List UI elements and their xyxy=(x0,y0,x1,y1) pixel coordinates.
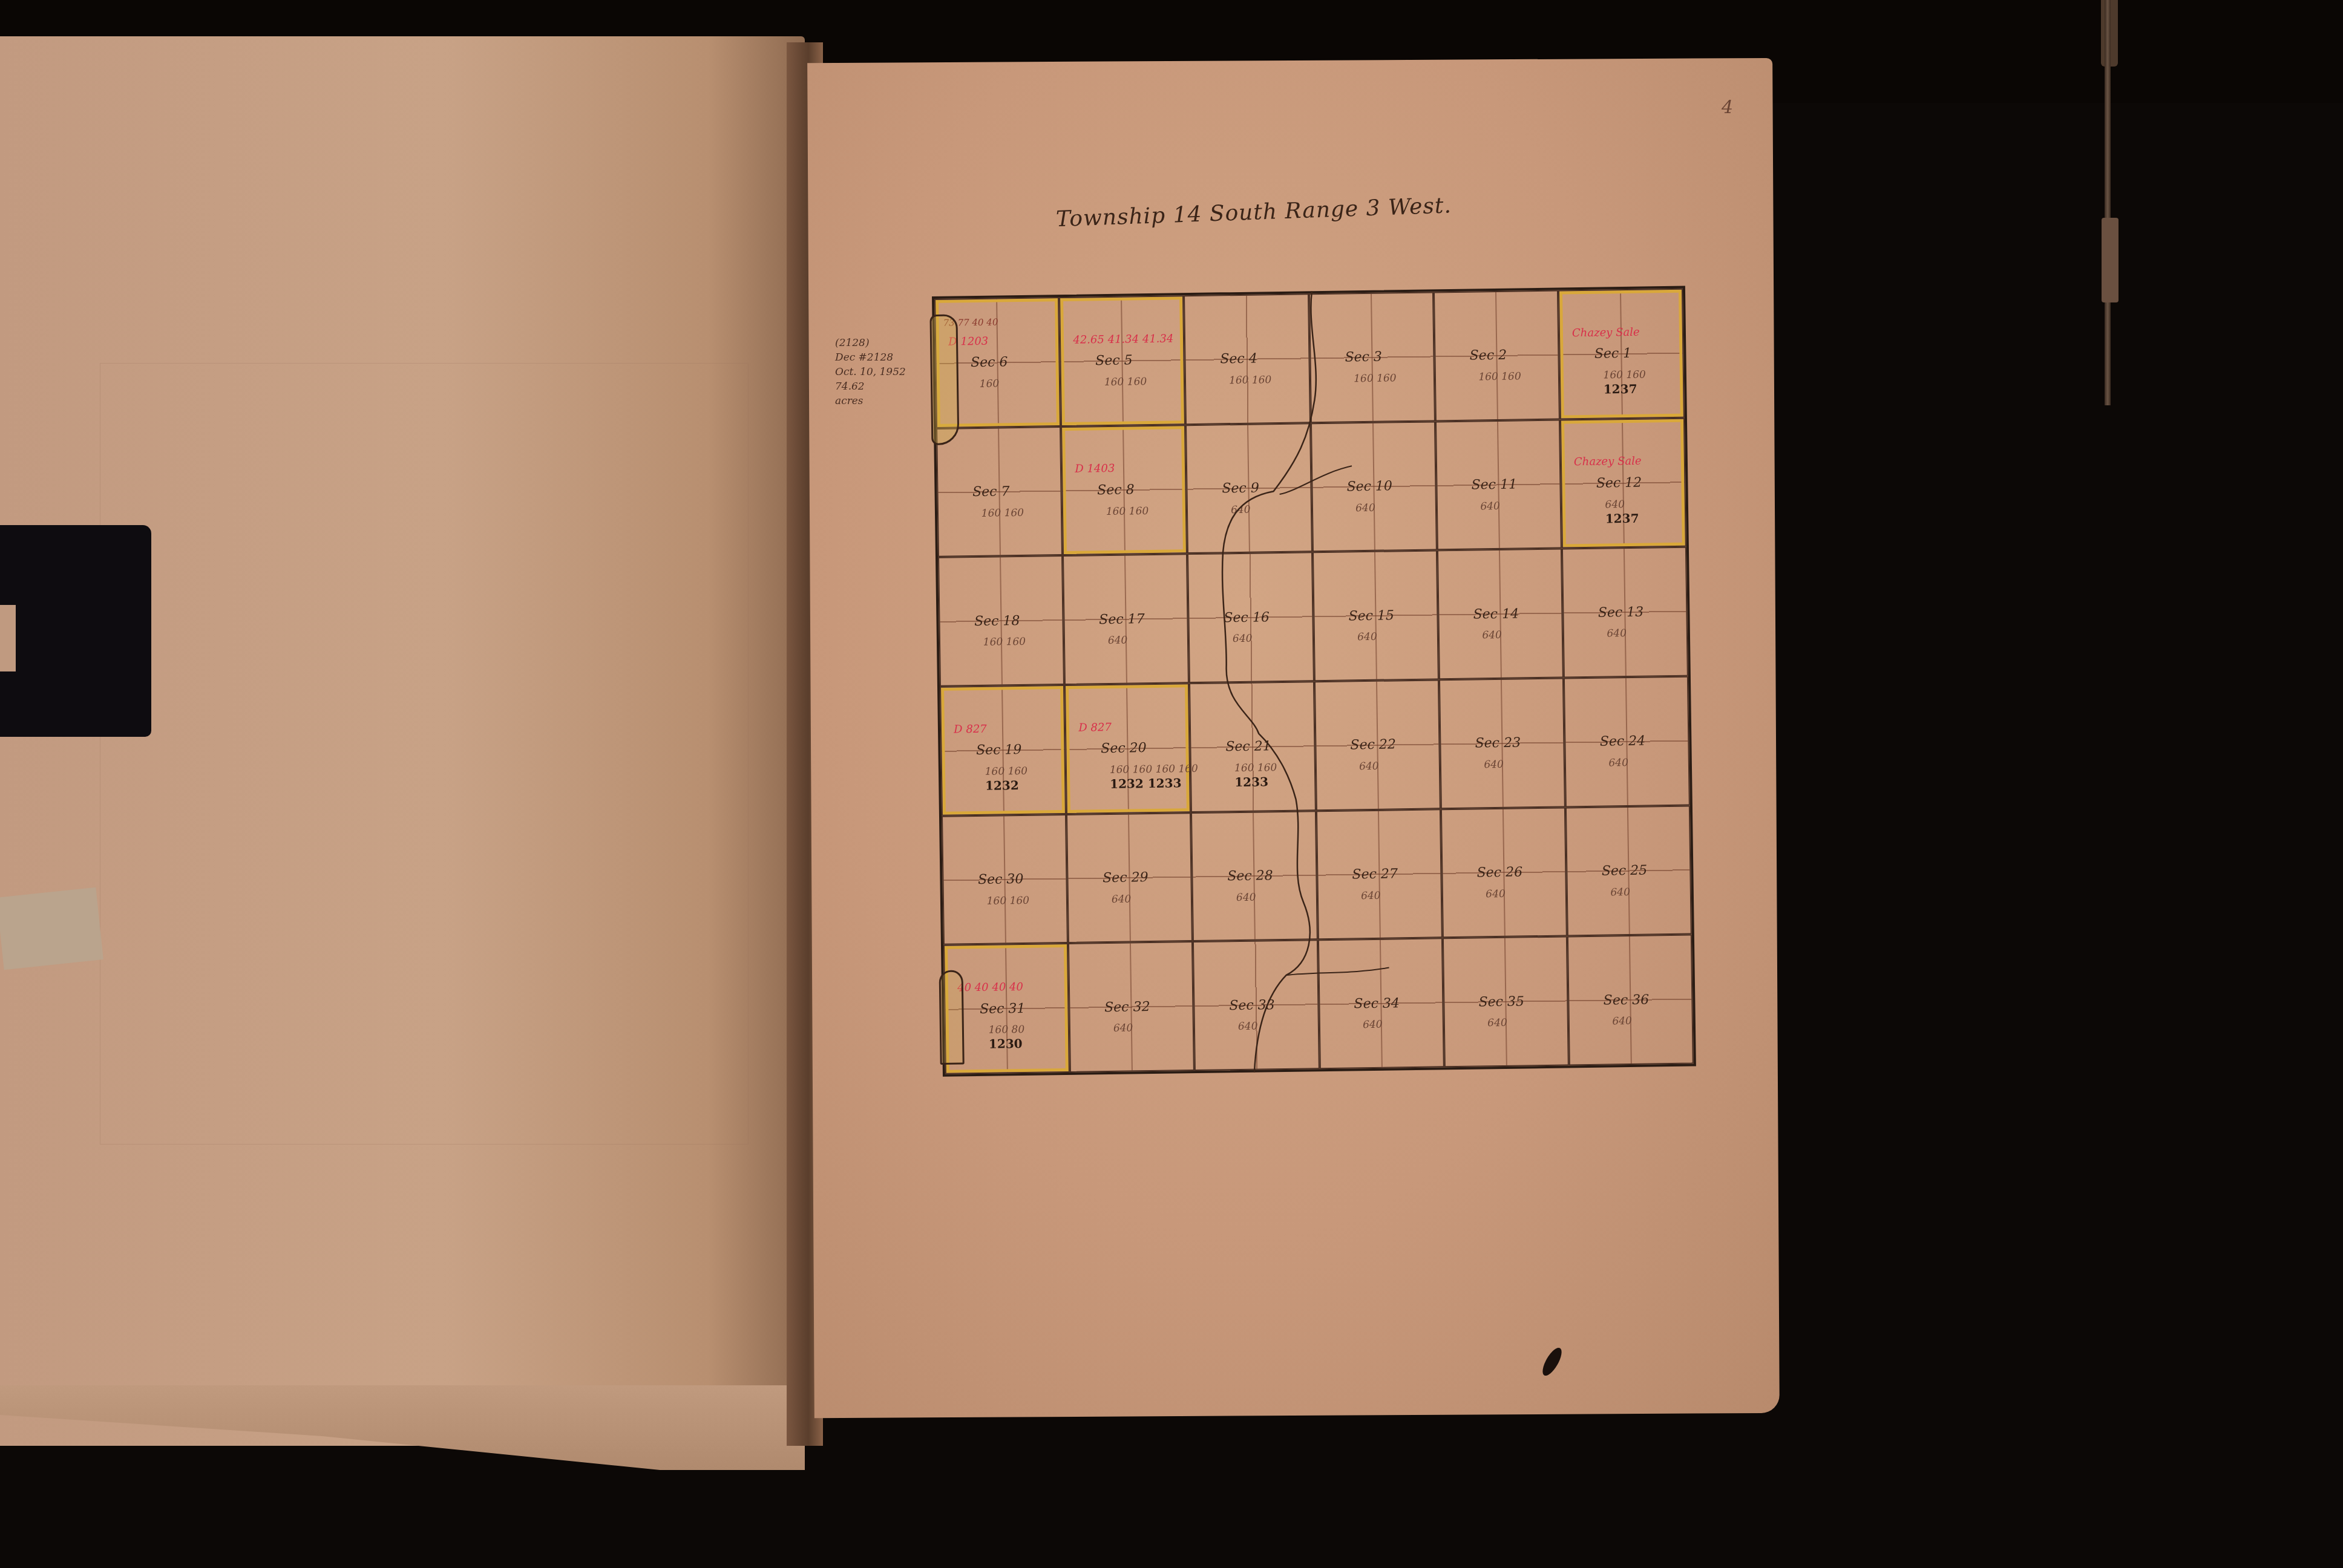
section-label: Sec 16 xyxy=(1224,610,1270,626)
spatula-blade-icon xyxy=(2102,218,2119,302)
section-acres: 640 xyxy=(1608,757,1628,769)
section-acres: 640 xyxy=(1482,629,1502,641)
section-35: Sec 35640 xyxy=(1443,936,1569,1068)
section-red-annotation: 40 40 40 40 xyxy=(957,981,1023,995)
section-14: Sec 14640 xyxy=(1437,549,1564,680)
tape-strip xyxy=(0,887,103,970)
section-30: Sec 30160 160 xyxy=(942,814,1068,946)
section-acres: 640 xyxy=(1605,498,1625,511)
margin-note-line: Dec #2128 xyxy=(835,350,926,365)
section-22: Sec 22640 xyxy=(1314,679,1440,811)
section-3: Sec 3160 160 xyxy=(1308,292,1435,423)
section-acres: 160 160 xyxy=(1354,372,1397,385)
section-red-annotation: Chazey Sale xyxy=(1574,455,1642,469)
section-label: Sec 35 xyxy=(1478,994,1524,1010)
section-acres: 640 xyxy=(1231,503,1251,515)
section-serial-number: 1237 xyxy=(1604,382,1637,397)
spatula-handle-icon xyxy=(2105,0,2111,405)
section-acres: 640 xyxy=(1236,891,1256,903)
margin-note: (2128) Dec #2128 Oct. 10, 1952 74.62 acr… xyxy=(835,336,926,408)
section-label: Sec 24 xyxy=(1600,734,1646,750)
section-32: Sec 32640 xyxy=(1068,941,1194,1073)
section-19: Sec 19160 160D 8271232 xyxy=(940,685,1066,816)
section-label: Sec 7 xyxy=(972,484,1010,500)
section-label: Sec 32 xyxy=(1104,999,1150,1015)
section-10: Sec 10640 xyxy=(1310,421,1437,552)
section-25: Sec 25640 xyxy=(1565,805,1692,936)
section-7: Sec 7160 160 xyxy=(936,426,1063,558)
section-15: Sec 15640 xyxy=(1312,550,1438,682)
section-18: Sec 18160 160 xyxy=(938,555,1064,687)
section-red-annotation: D 827 xyxy=(954,723,987,736)
section-24: Sec 24640 xyxy=(1564,676,1690,808)
section-label: Sec 22 xyxy=(1350,737,1396,753)
section-acres: 640 xyxy=(1357,631,1377,643)
book-weight-block xyxy=(0,525,151,737)
section-label: Sec 33 xyxy=(1229,998,1275,1013)
section-acres: 640 xyxy=(1484,759,1504,771)
section-acres: 640 xyxy=(1612,1015,1632,1027)
margin-note-line: (2128) xyxy=(835,336,926,350)
section-red-annotation: D 1403 xyxy=(1075,462,1115,475)
section-acres: 640 xyxy=(1359,760,1379,773)
section-acres: 640 xyxy=(1480,500,1500,512)
section-16: Sec 16640 xyxy=(1187,552,1314,684)
book-weight-notch xyxy=(0,605,16,671)
section-acres: 160 80 xyxy=(989,1024,1025,1036)
section-acres: 640 xyxy=(1486,888,1506,900)
section-17: Sec 17640 xyxy=(1063,554,1189,685)
section-8: Sec 8160 160D 1403 xyxy=(1061,425,1187,556)
section-34: Sec 34640 xyxy=(1317,938,1444,1070)
section-serial-number: 1230 xyxy=(989,1036,1023,1051)
section-label: Sec 15 xyxy=(1348,608,1394,624)
section-13: Sec 13640 xyxy=(1562,547,1688,678)
margin-note-line: 74.62 xyxy=(835,379,926,394)
section-20: Sec 20160 160 160 160D 8271232 1233 xyxy=(1064,683,1191,814)
section-serial-number: 1233 xyxy=(1234,774,1268,789)
section-acres: 640 xyxy=(1610,886,1630,898)
section-label: Sec 1 xyxy=(1594,346,1632,362)
section-acres: 160 160 xyxy=(1229,374,1272,387)
section-acres: 160 160 xyxy=(1234,762,1277,774)
section-acres: 160 160 160 160 xyxy=(1110,763,1198,776)
section-acres: 160 160 xyxy=(1478,370,1521,383)
section-label: Sec 21 xyxy=(1225,739,1271,754)
margin-note-line: Oct. 10, 1952 xyxy=(835,365,926,379)
section-label: Sec 31 xyxy=(980,1001,1026,1017)
section-label: Sec 30 xyxy=(978,872,1024,887)
section-label: Sec 26 xyxy=(1476,864,1522,880)
section-5: Sec 5160 16042.65 41.34 41.34 xyxy=(1059,295,1185,426)
section-23: Sec 23640 xyxy=(1439,678,1565,809)
section-serial-number: 1237 xyxy=(1605,511,1639,526)
section-acres: 640 xyxy=(1363,1019,1383,1031)
section-28: Sec 28640 xyxy=(1191,811,1317,942)
section-label: Sec 10 xyxy=(1346,479,1392,494)
township-map: Sec 6160D 120373.77 40 40Sec 5160 16042.… xyxy=(932,286,1696,1077)
section-label: Sec 5 xyxy=(1095,353,1133,369)
section-acres: 640 xyxy=(1108,635,1128,647)
section-9: Sec 9640 xyxy=(1185,423,1312,554)
section-acres: 160 160 xyxy=(1603,369,1646,382)
section-label: Sec 36 xyxy=(1604,992,1650,1008)
section-serial-number: 1232 xyxy=(985,778,1019,793)
lake-shape-north xyxy=(929,314,959,445)
section-acres: 160 xyxy=(980,377,1000,390)
section-4: Sec 4160 160 xyxy=(1184,293,1310,425)
section-label: Sec 34 xyxy=(1354,996,1400,1011)
section-label: Sec 25 xyxy=(1602,863,1648,878)
section-acres: 160 160 xyxy=(1106,505,1149,518)
section-acres: 640 xyxy=(1238,1021,1258,1033)
section-label: Sec 12 xyxy=(1596,475,1642,491)
section-acres: 160 160 xyxy=(1104,376,1147,388)
section-11: Sec 11640 xyxy=(1435,419,1562,550)
section-label: Sec 2 xyxy=(1470,348,1507,364)
section-label: Sec 29 xyxy=(1103,870,1149,886)
left-page-faint-frame xyxy=(100,363,749,1145)
section-label: Sec 13 xyxy=(1598,604,1644,620)
section-label: Sec 19 xyxy=(976,742,1022,758)
section-red-annotation: Chazey Sale xyxy=(1572,325,1640,339)
section-acres: 160 160 xyxy=(987,894,1030,907)
section-red-annotation: 42.65 41.34 41.34 xyxy=(1073,332,1173,346)
section-26: Sec 26640 xyxy=(1441,807,1567,938)
section-36: Sec 36640 xyxy=(1567,935,1694,1066)
section-label: Sec 11 xyxy=(1472,477,1518,492)
section-acres: 640 xyxy=(1233,633,1253,645)
section-grid: Sec 6160D 120373.77 40 40Sec 5160 16042.… xyxy=(932,286,1696,1077)
section-label: Sec 4 xyxy=(1220,351,1257,367)
section-acres: 640 xyxy=(1355,501,1375,514)
section-acres: 640 xyxy=(1487,1017,1507,1029)
section-label: Sec 23 xyxy=(1475,736,1521,751)
section-1: Sec 1160 160Chazey Sale1237 xyxy=(1558,289,1685,420)
section-29: Sec 29640 xyxy=(1066,812,1193,944)
section-label: Sec 17 xyxy=(1099,612,1145,627)
section-acres: 640 xyxy=(1361,889,1381,901)
section-acres: 160 160 xyxy=(985,765,1028,778)
section-33: Sec 33640 xyxy=(1193,940,1319,1071)
section-12: Sec 12640Chazey Sale1237 xyxy=(1560,417,1686,549)
margin-note-line: acres xyxy=(835,394,926,408)
section-acres: 640 xyxy=(1112,893,1132,905)
section-label: Sec 6 xyxy=(971,354,1008,370)
section-label: Sec 8 xyxy=(1097,482,1135,498)
lake-shape-south xyxy=(939,970,965,1065)
section-red-annotation: D 827 xyxy=(1078,721,1112,734)
section-label: Sec 28 xyxy=(1227,868,1273,884)
section-acres: 640 xyxy=(1113,1022,1133,1034)
section-label: Sec 9 xyxy=(1222,480,1259,496)
section-serial-number: 1232 1233 xyxy=(1110,776,1182,791)
section-label: Sec 3 xyxy=(1345,350,1382,365)
section-label: Sec 27 xyxy=(1352,866,1398,882)
section-label: Sec 14 xyxy=(1473,606,1519,622)
section-acres: 640 xyxy=(1607,627,1627,639)
section-27: Sec 27640 xyxy=(1316,809,1442,940)
section-acres: 160 160 xyxy=(981,507,1024,520)
section-2: Sec 2160 160 xyxy=(1434,290,1560,422)
section-21: Sec 21160 1601233 xyxy=(1189,681,1316,812)
section-label: Sec 18 xyxy=(974,613,1020,629)
page-number: 4 xyxy=(1722,97,1733,118)
section-label: Sec 20 xyxy=(1101,740,1147,756)
section-acres: 160 160 xyxy=(983,636,1026,648)
